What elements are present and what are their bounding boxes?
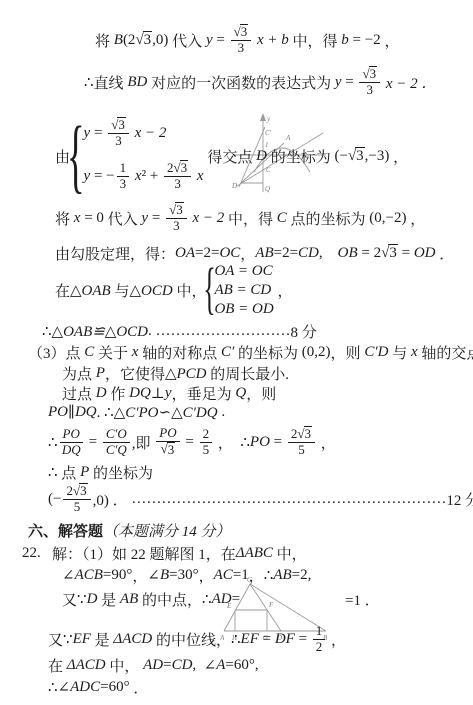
text-segment: =2, <box>292 567 312 584</box>
score-badge: 8 分 <box>291 321 317 342</box>
line-adc-conclusion: ∴∠ADC=60° ． <box>48 678 148 696</box>
text-segment: 中， <box>106 655 144 676</box>
text-segment: ,即 <box>132 432 155 453</box>
similar-symbol: ∽ <box>158 403 171 422</box>
question-number: 22. <box>22 545 52 562</box>
radicand: 3 <box>369 66 378 82</box>
fraction-2-over-5: 25 <box>200 427 213 458</box>
text-segment: x <box>132 344 139 361</box>
text-segment: （3）点 <box>28 342 84 363</box>
text-segment: C′D <box>364 344 388 361</box>
text-segment: 中，得 <box>228 208 277 229</box>
therefore-symbol: ∴ <box>48 463 61 482</box>
fraction-denominator: C′Q <box>104 443 129 458</box>
text-segment: D <box>87 591 98 608</box>
text-segment: 的坐标为 <box>234 342 302 363</box>
triangle-label-f: F <box>268 601 274 609</box>
text-segment: D <box>256 148 267 165</box>
fraction-numerator: √3 <box>166 202 187 219</box>
line-construct-dq: 过点 D 作 DQ⊥y，垂足为 Q，则 <box>62 383 276 403</box>
text-segment: 作 <box>107 383 130 404</box>
text-segment: 是 <box>97 589 120 610</box>
text-segment: ，垂足为 <box>172 383 236 404</box>
fraction-numerator: √3 <box>108 117 129 134</box>
fraction-sqrt3-over-3: √33 <box>231 24 252 56</box>
equation-system: y = √33 x − 2 y = −13 x² + 2√33 x <box>84 113 204 199</box>
text-segment: 又 <box>48 629 63 650</box>
text-segment: = <box>232 591 240 608</box>
text-segment: 中， <box>173 280 207 301</box>
text-segment: AB <box>255 245 273 262</box>
text-segment: =30° <box>169 567 198 584</box>
text-segment: 的中点， <box>138 589 202 610</box>
section-points-note: （本题满分 14 分） <box>103 520 231 541</box>
line-q22-solution-start: 22. 解：（1）如 22 题解图 1，在ΔABC 中， <box>22 543 307 563</box>
radicand: 3 <box>355 147 365 165</box>
text-segment: B <box>160 567 169 584</box>
text-segment: 的坐标为 <box>89 462 153 483</box>
text-segment: DF <box>275 631 295 648</box>
condition-1: OA = OC <box>214 262 273 281</box>
text-segment: , <box>192 657 203 674</box>
text-segment: ² + <box>142 168 162 185</box>
text-segment: A <box>216 657 225 674</box>
because-symbol: ∵ <box>63 630 73 649</box>
text-segment: 的中位线， <box>152 629 231 650</box>
text-segment: 为点 <box>62 363 96 384</box>
fraction-numerator: 2√3 <box>288 426 315 443</box>
left-brace: { <box>204 261 216 318</box>
text-segment: 将 <box>95 30 114 51</box>
text-segment: DQ <box>129 385 151 402</box>
line-congruence-conclusion-8pts: ∴△OAB≌△OCD. ………………………8 分 <box>42 321 317 341</box>
fraction-numerator: 2√3 <box>63 483 90 500</box>
text-segment: 轴的对称点 <box>138 342 221 363</box>
radicand: 3 <box>143 31 153 49</box>
therefore-symbol: ∴ <box>202 590 212 609</box>
text-segment: . <box>148 323 156 340</box>
fraction-numerator: √3 <box>231 24 252 41</box>
line-point-p-coords-label: ∴ 点 P 的坐标为 <box>48 463 153 481</box>
text-segment: (− <box>48 491 61 508</box>
text-segment: = <box>213 32 229 49</box>
text-segment: ADC <box>70 679 100 696</box>
text-segment: , <box>319 245 338 262</box>
text-segment: 解：（1）如 22 题解图 1，在 <box>52 543 236 564</box>
text-segment: BD <box>127 74 147 91</box>
text-segment: (0,−2) <box>369 210 406 227</box>
fraction-numerator: 2√3 <box>164 160 191 177</box>
text-segment: ， <box>249 565 264 586</box>
text-segment: ,0) ． <box>93 489 132 510</box>
text-segment: 过点 <box>62 383 96 404</box>
text-segment: =1 ． <box>345 589 380 610</box>
fraction-denominator: 3 <box>113 134 124 149</box>
text-segment: x + b <box>253 32 289 49</box>
text-segment: Q <box>235 385 246 402</box>
text-segment: △C′DQ <box>171 403 218 422</box>
text-segment: ，则 <box>246 383 276 404</box>
text-segment: AC <box>214 567 233 584</box>
fraction-sqrt3-over-3: √33 <box>359 66 380 98</box>
line-find-point-c: 将 x = 0 代入 y = √33 x − 2 中，得 C 点的坐标为 (0,… <box>55 197 425 239</box>
text-segment: CD <box>298 245 319 262</box>
text-segment: 是 <box>91 629 114 650</box>
text-segment: ， <box>199 565 214 586</box>
text-segment: 直线 <box>94 72 128 93</box>
fraction-sqrt3-over-3: √33 <box>108 117 129 149</box>
therefore-angle-symbol: ∴∠ <box>48 678 70 697</box>
fraction-denominator: 3 <box>365 83 376 98</box>
text-segment: = <box>85 434 101 451</box>
fraction-2sqrt3-over-5: 2√35 <box>288 426 315 458</box>
text-segment: ΔABC <box>236 545 273 562</box>
fraction-numerator: C′O <box>103 427 130 443</box>
text-segment: 对应的一次函数的表达式为 <box>147 72 335 93</box>
fraction-denominator: 3 <box>172 177 183 192</box>
text-segment: =60°, <box>225 657 258 674</box>
text-segment: (0,2) <box>302 344 331 361</box>
score-badge: 12 分 <box>446 489 473 510</box>
fraction-numerator: PO <box>60 427 83 443</box>
text-segment: AD <box>143 657 163 674</box>
fraction-denominator: 3 <box>236 41 247 56</box>
text-segment: . <box>218 404 226 421</box>
text-segment: 点 <box>61 462 80 483</box>
text-segment: D <box>96 385 107 402</box>
text-segment: ． <box>130 677 149 698</box>
therefore-symbol: ∴ <box>231 630 241 649</box>
text-segment: 代入 <box>108 208 142 229</box>
text-segment: 轴的交点即 <box>418 342 473 363</box>
line-ad-midpoint-right: =1 ． <box>345 589 380 609</box>
math-solution-page: y C′ 1 A C D Q C A H G D B E F 将 B(2√3,0… <box>0 0 473 705</box>
text-segment: = 0 <box>80 210 107 227</box>
text-segment: ,−3) <box>365 148 390 165</box>
line-parallel-similar: PO∥DQ. ∴△C′PO∽△C′DQ . <box>48 402 225 422</box>
congruence-conditions: OA = OC AB = CD OB = OD <box>214 262 273 319</box>
text-segment: x − 2 <box>131 125 167 142</box>
line-acd-properties: 在 ΔACD 中， AD=CD, ∠A=60°, <box>48 656 259 674</box>
line-substitute-point-b: 将 B(2√3,0) 代入 y = √33 x + b 中，得 b = −2 ， <box>95 20 399 60</box>
text-segment: x − 2 <box>189 210 228 227</box>
condition-2: AB = CD <box>214 281 273 300</box>
line-bd-function-expression: ∴直线 BD 对应的一次函数的表达式为 y = √33 x − 2 ． <box>84 62 436 102</box>
text-segment: 中， <box>273 543 307 564</box>
angle-symbol: ∠ <box>147 566 160 585</box>
text-segment: (2 <box>123 32 136 49</box>
text-segment: DQ <box>75 404 97 421</box>
text-segment: x <box>131 168 141 185</box>
text-segment: 在 <box>55 280 70 301</box>
text-segment: y <box>206 32 213 49</box>
text-segment: 1 <box>120 161 127 176</box>
line-triangle-abc-givens: ∠ACB=90°，∠B=30°，AC=1，∴AB=2, <box>62 565 311 585</box>
text-segment: ， <box>132 565 147 586</box>
dot-leader: ……………………………………………………… <box>131 491 446 508</box>
line-point-p-coords-12pts: (−2√35,0) ． ………………………………………………………12 分 <box>48 481 473 517</box>
line-section-six-header: 六、解答题（本题满分 14 分） <box>28 519 231 541</box>
text-segment: △OCD <box>129 281 172 300</box>
text-segment: = − <box>90 168 114 185</box>
text-segment: ， <box>327 629 346 650</box>
text-segment: b <box>341 32 349 49</box>
fraction-po-over-dq: PODQ <box>60 427 83 458</box>
text-segment: △OAB <box>70 281 111 300</box>
text-segment: 将 <box>55 208 74 229</box>
therefore-symbol: ∴ <box>240 433 250 452</box>
text-segment: = <box>342 74 358 91</box>
text-segment: 关于 <box>94 342 132 363</box>
left-brace: { <box>67 115 85 198</box>
fraction-2sqrt3-over-3: 2√33 <box>164 160 191 192</box>
radicand: 3 <box>79 483 88 499</box>
text-segment: CD <box>172 657 193 674</box>
text-segment: = <box>163 657 171 674</box>
text-segment: ， <box>214 432 240 453</box>
text-segment: ，则 <box>331 342 365 363</box>
equation-1: y = √33 x − 2 <box>84 113 204 153</box>
text-segment: ，它使得 <box>105 363 165 384</box>
text-segment: y <box>165 385 172 402</box>
text-segment: ， <box>274 280 293 301</box>
text-segment: 代入 <box>168 30 206 51</box>
text-segment: C <box>277 210 287 227</box>
fraction-denominator: 5 <box>296 443 307 458</box>
text-segment: PO <box>250 434 270 451</box>
fraction-denominator: DQ <box>60 443 83 458</box>
fraction-2sqrt3-over-5: 2√35 <box>63 483 90 515</box>
text-segment: y <box>335 74 342 91</box>
text-segment: = <box>90 125 106 142</box>
text-segment: = <box>270 434 286 451</box>
text-segment: = <box>295 631 311 648</box>
fraction-numerator: 1 <box>117 161 130 177</box>
radicand: 3 <box>117 117 126 133</box>
text-segment: = <box>259 631 275 648</box>
fraction-po-over-sqrt3: PO√3 <box>156 426 179 458</box>
text-segment: =60° <box>100 679 129 696</box>
text-segment: 中，得 <box>289 30 342 51</box>
text-segment: OB <box>338 245 358 262</box>
section-title: 六、解答题 <box>28 520 103 541</box>
fraction-1-over-2: 12 <box>313 624 326 655</box>
text-segment: ， <box>384 30 399 51</box>
because-symbol: ∵ <box>77 590 87 609</box>
text-segment: ， <box>389 146 408 167</box>
text-segment: AB <box>120 591 138 608</box>
text-segment: EF <box>241 631 259 648</box>
therefore-symbol: ∴ <box>264 566 274 585</box>
parallel-symbol: ∥ <box>68 403 75 422</box>
radicand: 3 <box>175 202 184 218</box>
line-ef-midline: 又∵EF 是 ΔACD 的中位线，∴EF = DF = 12 ， <box>48 621 346 657</box>
condition-3: OB = OD <box>214 300 273 319</box>
text-segment: 与 <box>388 342 411 363</box>
text-segment: x <box>193 168 203 185</box>
line-system-intersection-d: 由{ y = √33 x − 2 y = −13 x² + 2√33 x 得交点… <box>55 113 408 199</box>
text-segment: B <box>114 32 123 49</box>
fraction-co-over-cq: C′OC′Q <box>103 427 130 458</box>
radicand: 3 <box>388 244 398 262</box>
fraction-denominator: 2 <box>314 640 325 655</box>
therefore-symbol: ∴ <box>84 73 94 92</box>
line-pythagorean-results: 由勾股定理，得：OA=2=OC，AB=2=CD, OB = 2√3 = OD ． <box>55 243 454 263</box>
angle-symbol: ∠ <box>204 656 217 675</box>
fraction-denominator: 3 <box>118 177 129 192</box>
text-segment: 在 <box>48 655 67 676</box>
text-segment: PO <box>48 404 68 421</box>
radicand: 3 <box>304 426 313 442</box>
line-ad-midpoint-left: 又∵D 是 AB 的中点，∴AD= <box>62 589 240 609</box>
text-segment: ， <box>406 208 425 229</box>
text-segment: (− <box>334 148 347 165</box>
text-segment: ,0) <box>152 32 168 49</box>
text-segment: 又 <box>62 589 77 610</box>
fraction-denominator: 5 <box>72 500 83 515</box>
dot-leader: ……………………… <box>156 323 291 340</box>
text-segment: P <box>96 365 105 382</box>
radicand: 3 <box>180 160 189 176</box>
text-segment: = 2 <box>358 245 381 262</box>
text-segment: P <box>80 464 89 481</box>
text-segment: C′ <box>221 344 234 361</box>
line-part3-symmetric-point: （3）点 C 关于 x 轴的对称点 C′ 的坐标为 (0,2)，则 C′D 与 … <box>28 342 473 362</box>
text-segment: ΔACD <box>113 631 152 648</box>
radicand: 3 <box>240 24 249 40</box>
fraction-denominator: 5 <box>201 443 212 458</box>
text-segment: C <box>84 344 94 361</box>
text-segment: 得交点 <box>204 146 257 167</box>
perpendicular-symbol: ⊥ <box>151 384 165 403</box>
fraction-denominator: √3 <box>159 442 178 458</box>
text-segment: = <box>148 210 164 227</box>
text-segment: =1 <box>233 567 249 584</box>
text-segment: AB <box>273 567 291 584</box>
fraction-numerator: 1 <box>313 624 326 640</box>
line-triangle-congruence-conditions: 在△OAB 与△OCD 中，{ OA = OC AB = CD OB = OD … <box>55 261 293 319</box>
line-point-p-perimeter: 为点 P，它使得△PCD 的周长最小. <box>62 363 289 383</box>
text-segment: =90° <box>103 567 132 584</box>
text-segment: OD <box>414 245 436 262</box>
text-segment: x <box>411 344 418 361</box>
text-segment: AD <box>212 591 232 608</box>
fraction-denominator: 3 <box>171 219 182 234</box>
text-segment: = <box>398 245 414 262</box>
therefore-symbol: ∴ <box>48 433 58 452</box>
equation-2: y = −13 x² + 2√33 x <box>84 153 204 199</box>
text-segment: . ∴ <box>97 403 114 422</box>
text-segment: ACB <box>75 567 103 584</box>
text-segment: EF <box>73 631 91 648</box>
radicand: 3 <box>167 442 176 458</box>
text-segment: △OAB≌△OCD <box>52 322 148 341</box>
text-segment: 的坐标为 <box>267 146 335 167</box>
text-segment: = −2 <box>349 32 385 49</box>
fraction-1-over-3: 13 <box>117 161 130 192</box>
fraction-sqrt3-over-3: √33 <box>166 202 187 234</box>
text-segment: 的周长最小. <box>207 363 290 384</box>
text-segment: ． <box>435 243 454 264</box>
text-segment: △C′PO <box>114 403 159 422</box>
text-segment: 点的坐标为 <box>287 208 370 229</box>
text-segment: y <box>141 210 148 227</box>
fraction-numerator: 2 <box>200 427 213 443</box>
fraction-numerator: √3 <box>359 66 380 83</box>
text-segment: OC <box>219 245 240 262</box>
text-segment: 与 <box>111 280 130 301</box>
text-segment: ， <box>317 432 336 453</box>
text-segment: = <box>182 434 198 451</box>
text-segment: x <box>74 210 81 227</box>
text-segment: =2= <box>274 245 298 262</box>
text-segment: OA <box>175 245 195 262</box>
therefore-symbol: ∴ <box>42 322 52 341</box>
fraction-numerator: PO <box>156 426 179 442</box>
line-ratio-calculation: ∴PODQ = C′OC′Q,即 PO√3 = 25 ， ∴PO = 2√35 … <box>48 421 336 463</box>
text-segment: x − 2 ． <box>382 72 436 93</box>
text-segment: △PCD <box>165 364 207 383</box>
text-segment: ΔACD <box>67 657 106 674</box>
angle-symbol: ∠ <box>62 566 75 585</box>
